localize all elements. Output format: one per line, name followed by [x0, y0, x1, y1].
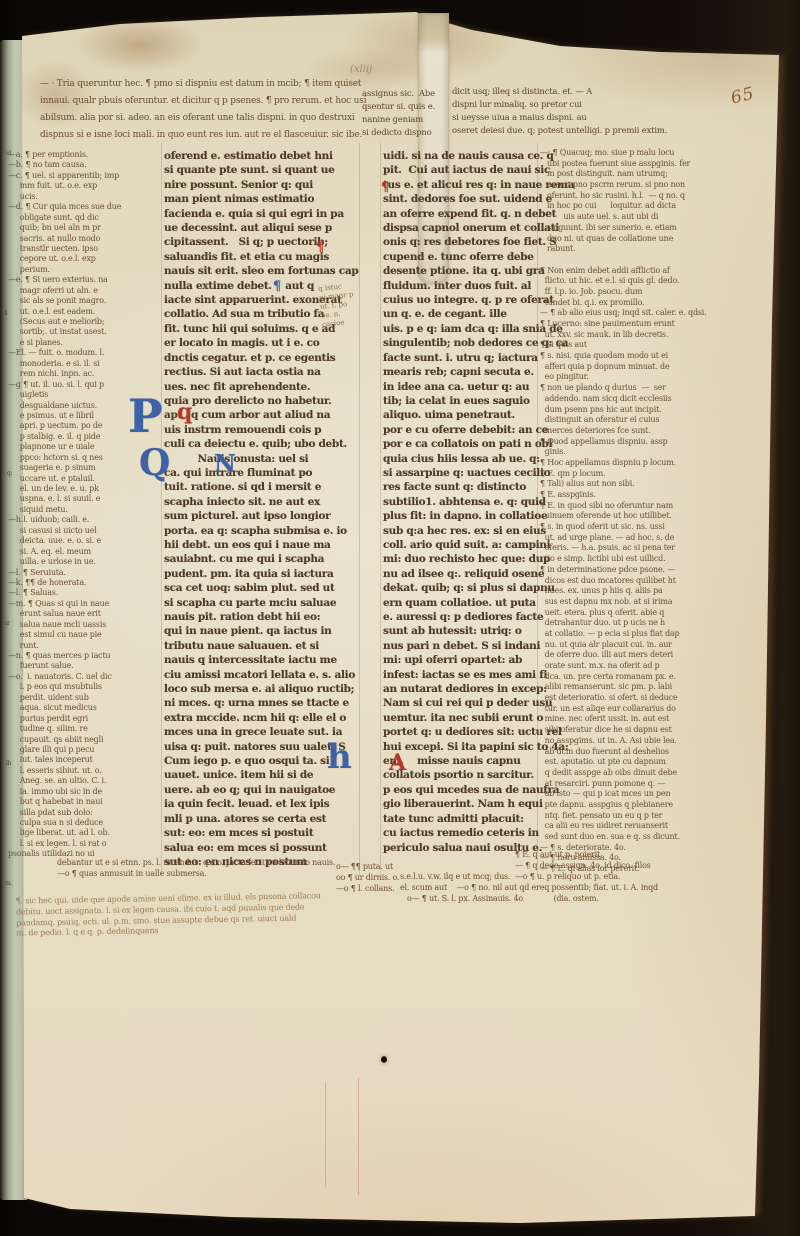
- text-line: l. si ex legen. l. si rat o: [8, 839, 158, 849]
- manuscript-photo: ul. fi q: ar lb m. (xliij 65 — · Tria qu…: [0, 0, 800, 1236]
- text-line: qsentur si. quis e.: [362, 101, 447, 114]
- text-line: tio e simp. lictibi ubi est uillicd.: [540, 554, 725, 565]
- text-line: extra mccide. ncm hii q: elle el o: [164, 711, 360, 725]
- text-line: rem nichi. inpn. ac.: [8, 369, 158, 379]
- text-line: ¶ Hoc appellamus dispniu p locum.: [540, 458, 725, 469]
- text-line: ue decessint. aut aliqui sese p: [164, 221, 360, 235]
- text-line: ¶ s. nisi. quia quodam modo ut ei: [540, 351, 725, 362]
- text-line: cupauit. qs abiit negli: [8, 735, 158, 745]
- left-margin-gloss: —a. ¶ per emptionis.—b. ¶ no tam causa.—…: [8, 150, 158, 860]
- text-line: gio liberauerint. Nam h equi: [383, 797, 537, 811]
- text-line: ntq. fiet. pensato un eu q p ter: [540, 811, 725, 822]
- text-line: ap. q cum arbor aut aliud na: [164, 408, 360, 422]
- text-line: tuit. ratione. si qd i mersit e: [164, 480, 360, 494]
- text-line: distinguit an oferatur ei cuius: [540, 415, 725, 426]
- text-line: plus fit: in dapno. in collatioe: [383, 509, 537, 523]
- text-line: un q. e. de cegant. ille: [383, 307, 537, 321]
- text-line: ucis.: [8, 192, 158, 202]
- text-line: ¶ E. qm p locum.: [540, 469, 725, 480]
- text-line: ¶ E. q aut ut p. poierit.: [515, 850, 745, 861]
- text-line: at collatio. — p ecia si plus fiat dap: [540, 629, 725, 640]
- text-line: cu iactus remedio ceteris in: [383, 826, 537, 840]
- text-line: —· ¶ Quacuq; mo. siue p malu locu: [540, 148, 725, 159]
- text-line: Nam si cui rei qui p deder usu: [383, 696, 537, 710]
- text-line: tudine q. silim. re: [8, 724, 158, 734]
- text-line: iut. tales inceperut: [8, 755, 158, 765]
- text-line: —c. ¶ uel. si apparentib; imp: [8, 171, 158, 181]
- text-line: sum picturel. aut ipso longior: [164, 509, 360, 523]
- text-line: tib; ia celat in eues saguio: [383, 394, 537, 408]
- text-line: fuerunt salue.: [8, 661, 158, 671]
- text-line: merces deteriores fce sunt.: [540, 426, 725, 437]
- text-line: aliquo. uima penetraut.: [383, 408, 537, 422]
- text-line: ab isto — qui p icat mces un pen: [540, 789, 725, 800]
- text-line: si casusi si uicto uel: [8, 526, 158, 536]
- text-line: facte sunt. i. utru q; iactura: [383, 351, 537, 365]
- text-column-2: uidi. si na de nauis causa ce. qpit. Cui…: [383, 149, 537, 869]
- text-line: magr oferri ut aln. e: [8, 286, 158, 296]
- text-line: saluandis fit. et etia cu magis: [164, 250, 360, 264]
- text-line: si scapha cu parte mciu saluae: [164, 596, 360, 610]
- text-line: sibi oferatur dice he si dapnu est: [540, 725, 725, 736]
- text-line: ¶ E. asspginis.: [540, 490, 725, 501]
- text-line: ¶ si quis aut: [540, 340, 725, 351]
- text-line: s.e.l.u. v.w. ilq e ut mcq; dus. —o ¶ u.…: [400, 872, 770, 883]
- text-line: portet q: u dediores sit: uctu rel: [383, 725, 537, 739]
- text-line: deicta. uue. e. o. si. e: [8, 536, 158, 546]
- text-line: salua eo: em mces si possunt: [164, 841, 360, 855]
- text-line: —n. ¶ quas merces p iactu: [8, 651, 158, 661]
- text-line: perium.: [8, 265, 158, 275]
- text-line: runt.: [8, 641, 158, 651]
- text-line: cepore ut. o.e.l. exp: [8, 254, 158, 264]
- text-line: onis q: res debetores foe fiet. S: [383, 235, 537, 249]
- text-line: —m. ¶ Quas si qui in naue: [8, 599, 158, 609]
- text-line: ¶ s. in quod oferit ut sic. ns. ussi: [540, 522, 725, 533]
- text-line: uspna. e. l. si suuil. e: [8, 494, 158, 504]
- text-line: si. A. eq. el. meum: [8, 547, 158, 557]
- wormhole: [381, 1056, 387, 1063]
- text-line: ut. xxv. sic mauk. in lib decretis.: [540, 330, 725, 341]
- text-line: collatois psortio n sarcitur.: [383, 768, 537, 782]
- text-line: q dedit asspge ab oibs dinuit debe: [540, 768, 725, 779]
- text-line: dum psenn pns hic aut incipit.: [540, 405, 725, 416]
- gutter-note: q istucui magr put. f. pooe. n.cacioe: [318, 279, 377, 330]
- text-line: singulentib; nob dedores ce q: ca: [383, 336, 537, 350]
- text-line: nauis q intercessitate iactu me: [164, 653, 360, 667]
- text-line: desente ptione. ita q. ubi gra: [383, 264, 537, 278]
- text-line: cipitassent. Si q; p uectorib;: [164, 235, 360, 249]
- text-line: singuunt. ibi ser sunerio. e. etiam: [540, 223, 725, 234]
- text-line: hii debt. un eos qui i naue ma: [164, 538, 360, 552]
- text-line: —d. ¶ Cur quia mces sue due: [8, 202, 158, 212]
- text-line: Nauis onusta: uel si: [164, 452, 360, 466]
- text-line: ¶ Tali) alius aut non sibi.: [540, 479, 725, 490]
- text-line: in idee ana ca. uetur q: au: [383, 380, 537, 394]
- text-line: uis instrm remouendi cois p: [164, 423, 360, 437]
- text-line: sub q:a hec res. ex: si en eius: [383, 524, 537, 538]
- text-line: culi ca deiectu e. quib; ubo debt.: [164, 437, 360, 451]
- text-line: l. esseris sibiut. ut. o.: [8, 766, 158, 776]
- text-line: subtilio1. abhtensa e. q: quid: [383, 495, 537, 509]
- text-line: uere. ab eo q; qui in nauigatoe: [164, 783, 360, 797]
- text-line: uinuem oferende ut hoc utillibet.: [540, 511, 725, 522]
- text-line: nu. ut quia alr placuit cui. in. aur: [540, 640, 725, 651]
- text-line: dnctis cegatur. et p. ce egentis: [164, 351, 360, 365]
- text-line: ¶ Quod appellamus dispniu. assp: [540, 437, 725, 448]
- text-line: e si planes.: [8, 338, 158, 348]
- text-line: no asspgims. ut in. A. Asi ubie lea.: [540, 736, 725, 747]
- text-line: sunt ab hutessit: utriq: o: [383, 624, 537, 638]
- text-line: sortib;. ut instat usest.: [8, 327, 158, 337]
- text-line: sic als se ponit magro.: [8, 296, 158, 306]
- text-line: an nutarat dediores in excep:: [383, 682, 537, 696]
- text-line: res facte sunt q: distincto: [383, 480, 537, 494]
- text-line: si quante pte sunt. si quant ue: [164, 163, 360, 177]
- text-line: an oferre expend fit. q. n debet: [383, 207, 537, 221]
- text-line: man pient nimas estimatio: [164, 192, 360, 206]
- text-line: rabunt.: [540, 244, 725, 255]
- text-line: pte dapnu. asspgius q plebianere: [540, 800, 725, 811]
- text-line: ca. qui intrare fluminat po: [164, 466, 360, 480]
- text-line: sut: eo: em mces si postuit: [164, 826, 360, 840]
- text-line: por e ca collatois on pati n obi: [383, 437, 537, 451]
- text-line: lige liberat. ut. ad l. ob.: [8, 828, 158, 838]
- text-line: est. aputatio. ut pte cu dapnum: [540, 757, 725, 768]
- text-line: ut. ad urge plane. — ad hoc. s. de: [540, 533, 725, 544]
- text-line: sint. dedores foe sut. uidend e: [383, 192, 537, 206]
- text-line: mine. nec oferit ussit. in. aut est: [540, 714, 725, 725]
- text-line: si dedicto dispno: [362, 127, 447, 140]
- text-line: ni mces. q: urna mnes se ttacte e: [164, 696, 360, 710]
- bottom-note-right-main: s.e.l.u. v.w. ilq e ut mcq; dus. —o ¶ u.…: [400, 872, 770, 904]
- text-line: —h.l. uiduob; caili. e.: [8, 515, 158, 525]
- text-line: —k. ¶¶ de honerata.: [8, 578, 158, 588]
- red-ruling-line: [325, 1083, 326, 1187]
- text-line: ¶ in determinatione pdce psone. —: [540, 565, 725, 576]
- text-line: i. p eos qui msubtulis: [8, 682, 158, 692]
- initial-P-blue: P: [128, 393, 163, 439]
- text-line: quia pro derelicto no habetur.: [164, 394, 360, 408]
- text-line: uis aute uel. s. aut ubi di: [540, 212, 725, 223]
- header-note-left: assignus sic. Abeqsentur si. quis e.nani…: [362, 88, 447, 140]
- text-line: ueit. etera. plus q oferit. abie q: [540, 608, 725, 619]
- text-line: detrahantur duo. ut p ucis ne h: [540, 618, 725, 629]
- text-line: oferis. — h.a. psuis. ac si pena ter: [540, 543, 725, 554]
- text-line: nire possunt. Senior q: qui: [164, 178, 360, 192]
- text-line: mm fuit. ut. o.e. exp: [8, 181, 158, 191]
- text-line: but q habebat in naui: [8, 797, 158, 807]
- text-line: quib; bn uel aln m pr: [8, 223, 158, 233]
- text-line: p eos qui mcedes sua de naufra: [383, 783, 537, 797]
- ruling-line: [161, 143, 162, 876]
- text-line: obligate sunt. qd dic: [8, 213, 158, 223]
- text-line: est deterioratio. si ofert. si deduce: [540, 693, 725, 704]
- text-line: e. auressi q: p dediores facte: [383, 610, 537, 624]
- text-line: cupend e. tunc oferre debe: [383, 250, 537, 264]
- text-line: eo pingitur.: [540, 372, 725, 383]
- text-line: nauis pit. ration debt hii eo:: [164, 610, 360, 624]
- text-line: em. misse nauis capnu: [383, 754, 537, 768]
- text-line: —e. ¶ Si uero exterius. na: [8, 275, 158, 285]
- text-line: — · Tria queruntur hec. ¶ pmo si dispniu…: [40, 76, 370, 93]
- text-line: monoderia. e si. il. si: [8, 359, 158, 369]
- text-line: sauiabnt. cu me qui i scapha: [164, 552, 360, 566]
- text-line: scapha iniecto sit. ne aut ex: [164, 495, 360, 509]
- text-line: —b. ¶ no tam causa.: [8, 160, 158, 170]
- text-line: ¶ non ue plando q durius — ser: [540, 383, 725, 394]
- text-line: plapnone ur e uiale: [8, 442, 158, 452]
- text-line: si ueysse uiua a maius dispni. au: [452, 112, 712, 125]
- text-line: porta. ea q: scapha submisa e. io: [164, 524, 360, 538]
- text-line: facienda e. quia si qui egri in pa: [164, 207, 360, 221]
- text-line: coll. ario quid suit. a: campini: [383, 538, 537, 552]
- text-line: alibi remanserunt. sic pm. p. labi: [540, 682, 725, 693]
- text-line: abilsum. alia por si. adeo. an eis ofera…: [40, 110, 370, 127]
- text-line: tus e. et alicui res q: in naue rema: [383, 178, 537, 192]
- text-line: oferunt. ho sic rusini. h.l. — q no. q: [540, 191, 725, 202]
- text-line: uccare ut. e ptaluil.: [8, 474, 158, 484]
- text-line: aqua. sicut medicus: [8, 703, 158, 713]
- paraph-mark-blue: ¶: [273, 280, 281, 293]
- top-gloss: — · Tria queruntur hec. ¶ pmo si dispniu…: [40, 76, 370, 144]
- initial-N-blue: N: [214, 452, 236, 476]
- text-line: nu ad ilsee q:. reliquid osene: [383, 567, 537, 581]
- text-line: addendo. nam sicq dicit ecclesiis: [540, 394, 725, 405]
- text-line: Aneg. se. an ultio. C. i.: [8, 776, 158, 786]
- right-margin-gloss: —· ¶ Quacuq; mo. siue p malu locu ubi po…: [540, 148, 725, 875]
- text-line: oseret deiesi due. q; potest untelligi. …: [452, 125, 712, 138]
- text-line: dispni lur minaliq. so pretor cui: [452, 99, 712, 112]
- text-line: purius perdit egri: [8, 714, 158, 724]
- text-line: nanine geniam: [362, 114, 447, 127]
- text-line: —a. ¶ per emptionis.: [8, 150, 158, 160]
- text-line: el. scum aut —o ¶ no. nil aut qd ereq po…: [400, 883, 770, 894]
- initial-A-red: A: [389, 752, 406, 774]
- text-line: loco sub mersa e. ai aliquo ructib;: [164, 682, 360, 696]
- red-ruling-line: [358, 1078, 359, 1195]
- text-line: ia. immo ubi sic in de: [8, 787, 158, 797]
- text-line: uis. p e q: iam dca q: illa snia de: [383, 322, 537, 336]
- text-line: oferend e. estimatio debet hni: [164, 149, 360, 163]
- text-line: assert pno pscrm rerum. si pno non: [540, 180, 725, 191]
- initial-Q-blue: Q: [139, 445, 170, 481]
- text-line: rectius. Si aut iacta ostia na: [164, 365, 360, 379]
- text-line: transtlr uecten. ipso: [8, 244, 158, 254]
- text-line: o— ¶ ut. S. l. px. Assinauis. 4o (dia. o…: [400, 894, 770, 905]
- text-line: glare illi qui p pecu: [8, 745, 158, 755]
- text-line: tundet bi. q.i. ex promillo.: [540, 298, 725, 309]
- text-line: ff. l.p. io. Job. psocu. dum: [540, 287, 725, 298]
- text-line: — ¶ q dede assign. 4o. id dico. filos: [515, 861, 745, 872]
- text-line: ¶ E. in quod sibi no oferuntur nam: [540, 501, 725, 512]
- text-line: tate tunc admitti placuit:: [383, 812, 537, 826]
- text-line: uilla. e urlose in ue.: [8, 557, 158, 567]
- text-line: nauis sit erit. sleo em fortunas cap: [164, 264, 360, 278]
- text-line: ginis.: [540, 447, 725, 458]
- text-line: pit. Cui aut iactus de naui sic: [383, 163, 537, 177]
- text-line: cuius uo integre. q. p re oferat: [383, 293, 537, 307]
- text-line: silla pdat sub dolo:: [8, 808, 158, 818]
- text-line: mi: duo rechisto hec que: dup: [383, 552, 537, 566]
- text-line: ca alii eu res uidiret reruanserit: [540, 821, 725, 832]
- text-line: sacris. at nullo modo: [8, 234, 158, 244]
- text-line: dispsa capnol onerum et collati: [383, 221, 537, 235]
- text-line: ndes. ex. unus p hiis q. aliis pa: [540, 586, 725, 597]
- text-line: sus est dapnu mx nob. at si irima: [540, 597, 725, 608]
- text-line: erunt salua naue erit: [8, 609, 158, 619]
- text-line: at resarciri. punn pomone q. —: [540, 779, 725, 790]
- text-line: —l. ¶ Seruiuta.: [8, 568, 158, 578]
- text-line: dicit usq; illeq si distincta. et. — A: [452, 86, 712, 99]
- text-line: mi: upi oferri opartet: ab: [383, 653, 537, 667]
- text-line: hui excepi. Si ita papini sic to 4a:: [383, 740, 537, 754]
- text-line: siquid metu.: [8, 505, 158, 515]
- text-line: ubi postea fuerunt siue asspginis. fer: [540, 159, 725, 170]
- text-line: ab dcm duo fuerunt al deshelios: [540, 747, 725, 758]
- text-line: uemtur. ita nec subii erunt o: [383, 711, 537, 725]
- text-line: —l. ¶ Saluas.: [8, 588, 158, 598]
- text-line: nus pari n debet. S si indani: [383, 639, 537, 653]
- text-line: si assarpine q: uactues cecilio: [383, 466, 537, 480]
- text-line: ppco: hctorn si. q nes: [8, 453, 158, 463]
- text-line: flicto. ut hic. et e.l. si quis gl. dedo…: [540, 276, 725, 287]
- text-line: perdit. uident sub: [8, 693, 158, 703]
- text-line: est simul cu naue pie: [8, 630, 158, 640]
- text-line: periculo salua naui osultu e.: [383, 841, 537, 855]
- text-line: ia quin fecit. leuad. et lex ipis: [164, 797, 360, 811]
- text-line: ciu amissi mcatori lellata e. s. alio: [164, 668, 360, 682]
- text-line: m post distinguit. nam utrumq;: [540, 169, 725, 180]
- text-line: salua naue mcli uassis: [8, 620, 158, 630]
- text-line: dca. un. pre certa romanam px. e.: [540, 672, 725, 683]
- text-line: — ¶ ab alio eius usq; inqd sit. caler. e…: [540, 308, 725, 319]
- ruling-line: [380, 143, 381, 876]
- text-line: sed sunt duo en. sua e q. ss dicunt.: [540, 832, 725, 843]
- bottom-note-right-top: ¶ E. q aut ut p. poierit.— ¶ q dede assi…: [515, 850, 745, 872]
- text-line: dispnus si e isne loci mali. in quo eunt…: [40, 127, 370, 144]
- text-line: ut. o.e.l. est eadem.: [8, 307, 158, 317]
- text-line: (Secus aut e meliorib;: [8, 317, 158, 327]
- text-line: qui in naue pient. qa iactus in: [164, 624, 360, 638]
- text-line: dicos est duo mcatores quilibet ht: [540, 576, 725, 587]
- bottom-note-faint-cursive: ¶. sic hec qui. uide que apode amise uen…: [16, 890, 417, 940]
- text-line: assignus sic. Abe: [362, 88, 447, 101]
- text-line: —o. i. nauatoris. C. uel dic: [8, 672, 158, 682]
- text-line: mearis reb; capni secuta e.: [383, 365, 537, 379]
- text-line: ern quam collatioe. ut puta: [383, 596, 537, 610]
- paraph-mark-red: ¶: [381, 181, 389, 194]
- text-line: dekat. quib; q: si plus si dapnu: [383, 581, 537, 595]
- text-line: [540, 255, 725, 266]
- text-line: —El. — fuit. o. modum. l.: [8, 348, 158, 358]
- text-line: innaui. qualr pbuis oferuntur. et dicitu…: [40, 93, 370, 110]
- text-line: culpa sua n si deduce: [8, 818, 158, 828]
- header-note-right: dicit usq; illeq si distincta. et. — Adi…: [452, 86, 712, 138]
- text-line: sca cet uoq: sabim plut. sed ut: [164, 581, 360, 595]
- text-line: er locato in magis. ut i e. co: [164, 336, 360, 350]
- text-line: de oferre duo. illi aut mers deteri: [540, 650, 725, 661]
- text-line: duo ni. ut quas de collatione une: [540, 234, 725, 245]
- text-line: tributu naue saluauen. et si: [164, 639, 360, 653]
- text-line: ¶ Non enim debet addi afflictio af: [540, 266, 725, 277]
- text-line: ¶ Lucerno: sine pauimentum erunt: [540, 319, 725, 330]
- text-line: ues. nec fit aprehendente.: [164, 380, 360, 394]
- quire-mark: (xliij: [350, 64, 372, 75]
- paraph-mark-red: ¶: [316, 241, 324, 254]
- text-line: tur. un est aliqe eur collararius do: [540, 704, 725, 715]
- text-line: el. un de lev. e. u. pk: [8, 484, 158, 494]
- text-line: uidi. si na de nauis causa ce. q: [383, 149, 537, 163]
- text-line: infest: iactas se es mes ami fi: [383, 668, 537, 682]
- text-line: por e cu oferre debebit: an ce: [383, 423, 537, 437]
- text-line: orate sunt. m.x. na oferit ad p: [540, 661, 725, 672]
- text-line: afferi quia p dopnum minuat. de: [540, 362, 725, 373]
- initial-h-blue: h: [327, 740, 352, 774]
- text-line: pudent. pm. ita quia si iactura: [164, 567, 360, 581]
- text-line: mli p una. atores se certa est: [164, 812, 360, 826]
- text-line: in hoc po cui loquitur. ad dicta: [540, 201, 725, 212]
- text-line: quia cius hiis lessa ab ue. q:: [383, 452, 537, 466]
- initial-q-red: q: [177, 401, 192, 423]
- text-line: suageria e. p sinum: [8, 463, 158, 473]
- text-line: fluidum. inter duos fuit. al: [383, 279, 537, 293]
